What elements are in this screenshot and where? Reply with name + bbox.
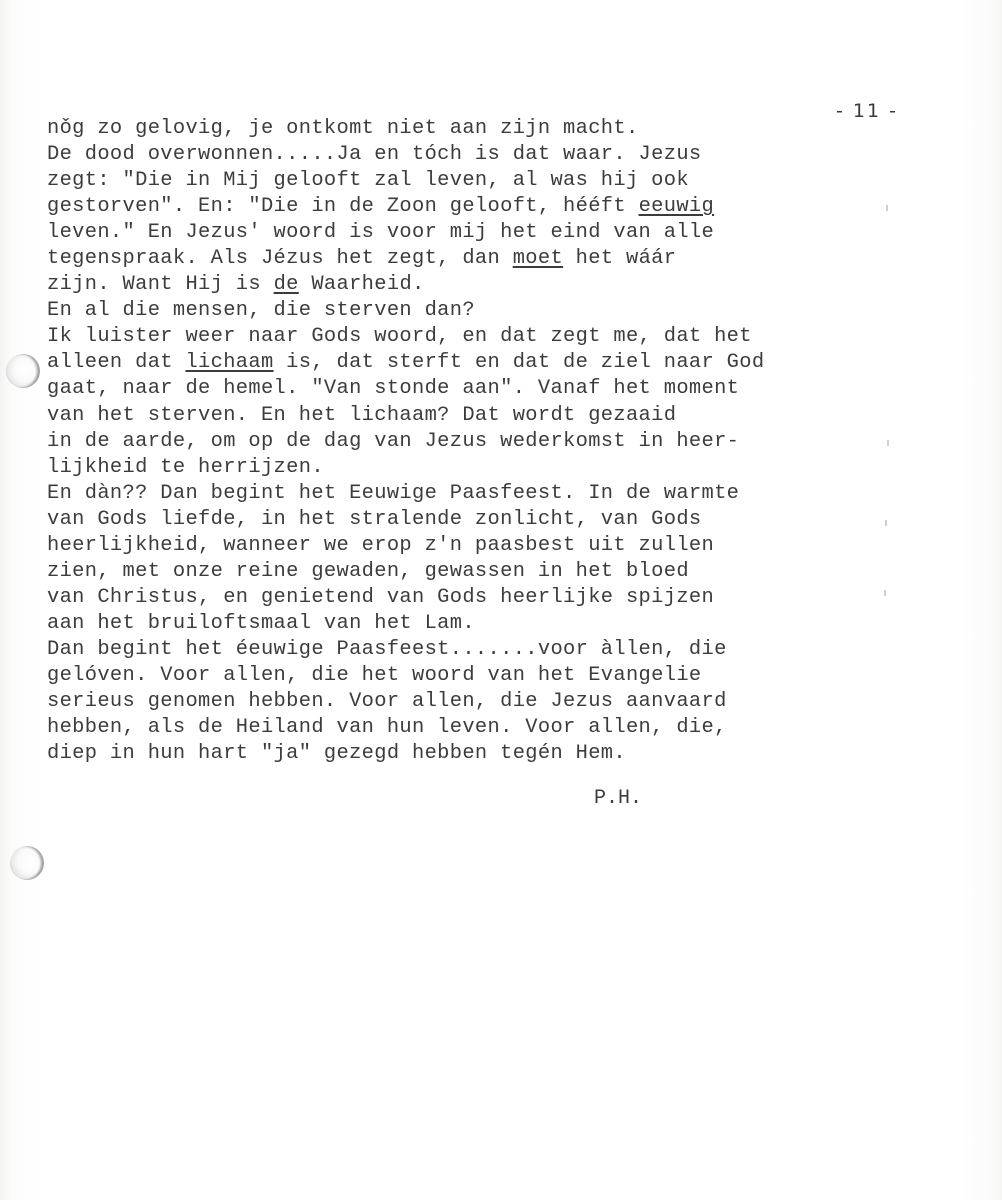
text-segment: zien, met onze reine gewaden, gewassen i…	[47, 560, 689, 583]
text-segment: En al die mensen, die sterven dan?	[47, 299, 475, 322]
text-segment: Ik luister weer naar Gods woord, en dat …	[47, 325, 752, 348]
text-segment: Waarheid.	[299, 273, 425, 296]
text-line: gelóven. Voor allen, die het woord van h…	[47, 663, 927, 689]
text-segment: lijkheid te herrijzen.	[47, 456, 324, 479]
text-line: diep in hun hart "ja" gezegd hebben tegé…	[47, 741, 927, 767]
underlined-word: moet	[513, 247, 563, 270]
text-line: van Gods liefde, in het stralende zonlic…	[47, 507, 927, 533]
text-segment: heerlijkheid, wanneer we erop z'n paasbe…	[47, 534, 714, 557]
text-segment: is, dat sterft en dat de ziel naar God	[274, 351, 765, 374]
text-segment: gaat, naar de hemel. "Van stonde aan". V…	[47, 377, 739, 400]
text-segment: van Gods liefde, in het stralende zonlic…	[47, 508, 702, 531]
text-line: serieus genomen hebben. Voor allen, die …	[47, 689, 927, 715]
text-segment: Dan begint het éeuwige Paasfeest.......v…	[47, 638, 727, 661]
binder-hole-bottom	[10, 846, 44, 880]
text-line: zijn. Want Hij is de Waarheid.	[47, 272, 927, 298]
underlined-word: de	[274, 273, 299, 296]
text-line: En dàn?? Dan begint het Eeuwige Paasfees…	[47, 481, 927, 507]
text-line: in de aarde, om op de dag van Jezus wede…	[47, 429, 927, 455]
text-segment: van Christus, en genietend van Gods heer…	[47, 586, 714, 609]
text-line: tegenspraak. Als Jézus het zegt, dan moe…	[47, 246, 927, 272]
text-segment: het wáár	[563, 247, 676, 270]
text-segment: in de aarde, om op de dag van Jezus wede…	[47, 430, 739, 453]
binder-hole-top	[6, 354, 40, 388]
text-segment: van het sterven. En het lichaam? Dat wor…	[47, 404, 676, 427]
text-segment: gestorven". En: "Die in de Zoon gelooft,…	[47, 195, 639, 218]
text-segment: En dàn?? Dan begint het Eeuwige Paasfees…	[47, 482, 739, 505]
text-line: zegt: "Die in Mij gelooft zal leven, al …	[47, 168, 927, 194]
text-line: zien, met onze reine gewaden, gewassen i…	[47, 559, 927, 585]
text-segment: nǒg zo gelovig, je ontkomt niet aan zijn…	[47, 117, 639, 140]
text-line: En al die mensen, die sterven dan?	[47, 298, 927, 324]
text-line: aan het bruiloftsmaal van het Lam.	[47, 611, 927, 637]
text-segment: aan het bruiloftsmaal van het Lam.	[47, 612, 475, 635]
text-line: van het sterven. En het lichaam? Dat wor…	[47, 403, 927, 429]
text-line: Dan begint het éeuwige Paasfeest.......v…	[47, 637, 927, 663]
text-line: Ik luister weer naar Gods woord, en dat …	[47, 324, 927, 350]
text-line: gestorven". En: "Die in de Zoon gelooft,…	[47, 194, 927, 220]
body-text: nǒg zo gelovig, je ontkomt niet aan zijn…	[47, 116, 927, 767]
text-segment: diep in hun hart "ja" gezegd hebben tegé…	[47, 742, 626, 765]
text-line: De dood overwonnen.....Ja en tóch is dat…	[47, 142, 927, 168]
text-line: leven." En Jezus' woord is voor mij het …	[47, 220, 927, 246]
text-segment: tegenspraak. Als Jézus het zegt, dan	[47, 247, 513, 270]
text-segment: zijn. Want Hij is	[47, 273, 274, 296]
text-line: hebben, als de Heiland van hun leven. Vo…	[47, 715, 927, 741]
text-segment: hebben, als de Heiland van hun leven. Vo…	[47, 716, 727, 739]
text-line: lijkheid te herrijzen.	[47, 455, 927, 481]
signature: P.H.	[594, 787, 642, 810]
text-line: nǒg zo gelovig, je ontkomt niet aan zijn…	[47, 116, 927, 142]
text-line: alleen dat lichaam is, dat sterft en dat…	[47, 350, 927, 376]
text-segment: gelóven. Voor allen, die het woord van h…	[47, 664, 702, 687]
underlined-word: lichaam	[185, 351, 273, 374]
underlined-word: eeuwig	[639, 195, 715, 218]
text-segment: De dood overwonnen.....Ja en tóch is dat…	[47, 143, 702, 166]
typewritten-page: - 11 - nǒg zo gelovig, je ontkomt niet a…	[0, 0, 1002, 1200]
text-line: gaat, naar de hemel. "Van stonde aan". V…	[47, 376, 927, 402]
text-segment: leven." En Jezus' woord is voor mij het …	[47, 221, 714, 244]
text-segment: zegt: "Die in Mij gelooft zal leven, al …	[47, 169, 689, 192]
text-segment: alleen dat	[47, 351, 185, 374]
text-line: van Christus, en genietend van Gods heer…	[47, 585, 927, 611]
text-segment: serieus genomen hebben. Voor allen, die …	[47, 690, 727, 713]
text-line: heerlijkheid, wanneer we erop z'n paasbe…	[47, 533, 927, 559]
